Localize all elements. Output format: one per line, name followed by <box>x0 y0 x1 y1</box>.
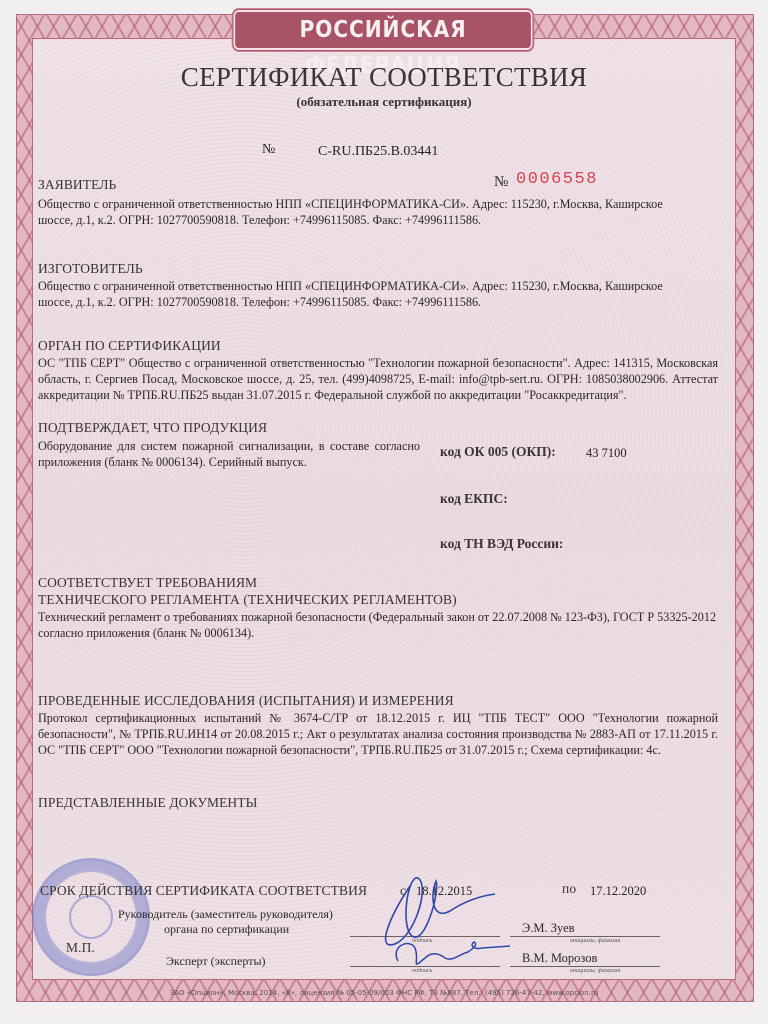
validity-heading: СРОК ДЕЙСТВИЯ СЕРТИФИКАТА СООТВЕТСТВИЯ <box>40 883 367 899</box>
certificate-number: C-RU.ПБ25.В.03441 <box>318 144 438 160</box>
certification-body-text: ОС "ТПБ СЕРТ" Общество с ограниченной от… <box>38 355 718 403</box>
applicant-text: Общество с ограниченной ответственностью… <box>38 196 678 228</box>
okp-code-label: код ОК 005 (ОКП): <box>440 444 556 460</box>
document-title: СЕРТИФИКАТ СООТВЕТСТВИЯ <box>0 62 768 93</box>
expert-name: В.М. Морозов <box>522 950 597 966</box>
applicant-heading: ЗАЯВИТЕЛЬ <box>38 177 116 193</box>
printer-imprint: ЗАО «Опцион», Москва, 2014, «В», лицензи… <box>0 989 768 997</box>
head-name-line <box>510 936 660 937</box>
country-banner: РОССИЙСКАЯ ФЕДЕРАЦИЯ <box>233 10 532 50</box>
validity-to-label: по <box>562 881 576 897</box>
expert-label: Эксперт (эксперты) <box>166 953 266 969</box>
blank-number: 0006558 <box>516 170 598 189</box>
manufacturer-text: Общество с ограниченной ответственностью… <box>38 278 678 310</box>
requirements-subheading: ТЕХНИЧЕСКОГО РЕГЛАМЕНТА (ТЕХНИЧЕСКИХ РЕГ… <box>38 592 457 608</box>
certification-body-heading: ОРГАН ПО СЕРТИФИКАЦИИ <box>38 338 221 354</box>
blank-number-sign: № <box>494 174 508 191</box>
documents-heading: ПРЕДСТАВЛЕННЫЕ ДОКУМЕНТЫ <box>38 795 258 811</box>
tnved-code-label: код ТН ВЭД России: <box>440 536 563 552</box>
seal-label: М.П. <box>66 940 95 956</box>
head-name: Э.М. Зуев <box>522 920 575 936</box>
head-label-line1: Руководитель (заместитель руководителя) <box>118 906 333 922</box>
validity-to-date: 17.12.2020 <box>590 884 646 899</box>
ekps-code-label: код ЕКПС: <box>440 491 508 507</box>
handwritten-signature <box>370 866 520 976</box>
requirements-text: Технический регламент о требованиях пожа… <box>38 609 718 641</box>
okp-code-value: 43 7100 <box>586 446 627 461</box>
tests-text: Протокол сертификационных испытаний № 36… <box>38 710 718 758</box>
number-sign: № <box>262 142 275 158</box>
expert-name-line <box>510 966 660 967</box>
product-text: Оборудование для систем пожарной сигнали… <box>38 438 420 470</box>
tests-heading: ПРОВЕДЕННЫЕ ИССЛЕДОВАНИЯ (ИСПЫТАНИЯ) И И… <box>38 693 454 709</box>
document-subtitle: (обязательная сертификация) <box>0 94 768 110</box>
seal-emblem-icon <box>69 895 113 939</box>
head-name-caption: инициалы, фамилия <box>570 938 620 944</box>
guilloche-background <box>32 38 736 980</box>
expert-name-caption: инициалы, фамилия <box>570 968 620 974</box>
requirements-heading: СООТВЕТСТВУЕТ ТРЕБОВАНИЯМ <box>38 575 257 591</box>
product-heading: ПОДТВЕРЖДАЕТ, ЧТО ПРОДУКЦИЯ <box>38 420 267 436</box>
manufacturer-heading: ИЗГОТОВИТЕЛЬ <box>38 261 143 277</box>
head-label-line2: органа по сертификации <box>164 921 289 937</box>
